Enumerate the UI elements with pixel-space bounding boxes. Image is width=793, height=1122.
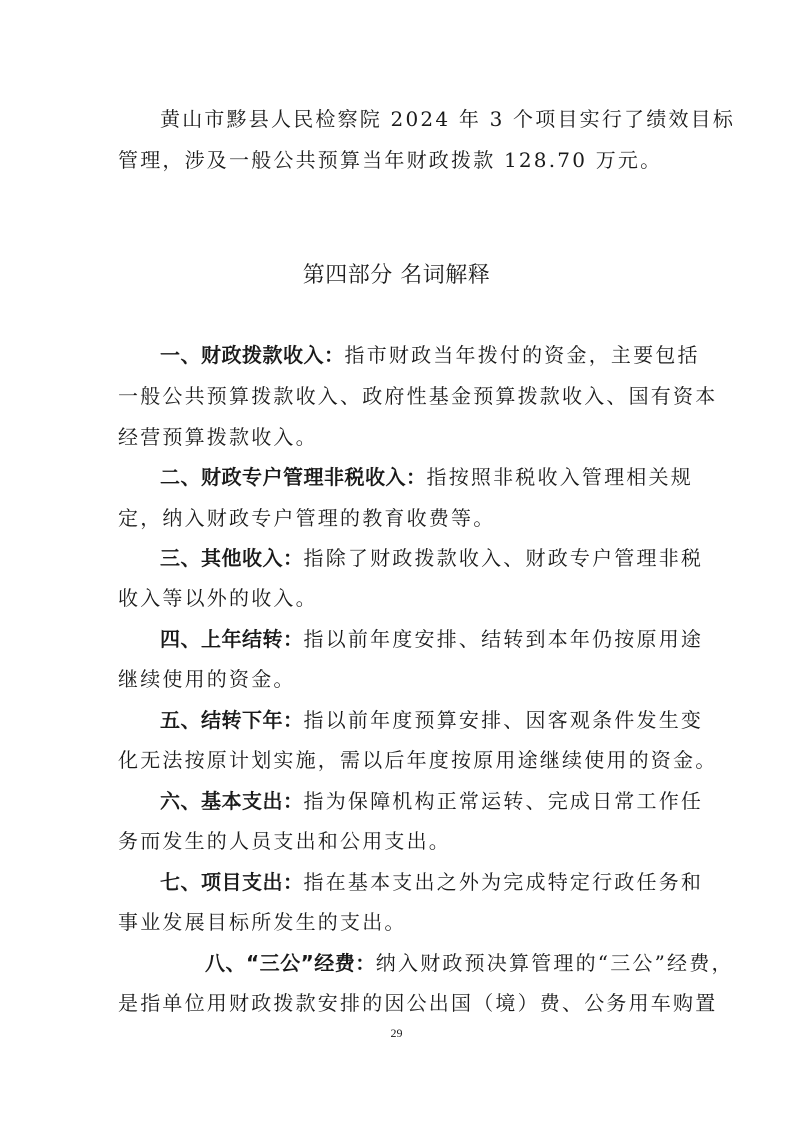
intro-line-1: 黄山市黟县人民检察院 2024 年 3 个项目实行了绩效目标 [160,106,698,132]
term-definition: 指按照非税收入管理相关规 [427,465,693,489]
term-6: 六、基本支出：指为保障机构正常运转、完成日常工作任 [160,788,698,814]
term-7: 七、项目支出：指在基本支出之外为完成特定行政任务和 [160,869,698,895]
term-definition: 指除了财政拨款收入、财政专户管理非税 [304,546,704,570]
term-7-line: 事业发展目标所发生的支出。 [118,909,698,935]
term-definition: 指为保障机构正常运转、完成日常工作任 [304,789,704,813]
document-page: 黄山市黟县人民检察院 2024 年 3 个项目实行了绩效目标 管理，涉及一般公共… [0,0,793,1122]
term-8-line: 是指单位用财政拨款安排的因公出国（境）费、公务用车购置 [118,990,698,1016]
term-5-line: 化无法按原计划实施，需以后年度按原用途继续使用的资金。 [118,747,698,773]
term-label: 五、结转下年： [160,708,304,732]
term-1: 一、财政拨款收入：指市财政当年拨付的资金，主要包括 [160,342,698,368]
term-label: 一、财政拨款收入： [160,343,345,367]
term-label: 六、基本支出： [160,789,304,813]
term-3-line: 收入等以外的收入。 [118,585,698,611]
term-6-line: 务而发生的人员支出和公用支出。 [118,828,698,854]
term-definition: 指以前年度安排、结转到本年仍按原用途 [304,627,704,651]
page-number: 29 [0,1026,793,1041]
term-5: 五、结转下年：指以前年度预算安排、因客观条件发生变 [160,707,698,733]
intro-line-2: 管理，涉及一般公共预算当年财政拨款 128.70 万元。 [118,147,698,173]
term-label: 二、财政专户管理非税收入： [160,465,427,489]
term-definition: 指在基本支出之外为完成特定行政任务和 [304,870,704,894]
term-definition: 纳入财政预决算管理的“三公”经费， [376,951,734,975]
term-2: 二、财政专户管理非税收入：指按照非税收入管理相关规 [160,464,698,490]
term-definition: 指市财政当年拨付的资金，主要包括 [345,343,700,367]
term-8: 八、“三公”经费：纳入财政预决算管理的“三公”经费， [205,950,698,976]
term-1-line: 一般公共预算拨款收入、政府性基金预算拨款收入、国有资本 [118,383,698,409]
term-definition: 指以前年度预算安排、因客观条件发生变 [304,708,704,732]
term-label: 七、项目支出： [160,870,304,894]
term-label: 四、上年结转： [160,627,304,651]
term-3: 三、其他收入：指除了财政拨款收入、财政专户管理非税 [160,545,698,571]
section-title: 第四部分 名词解释 [0,261,793,291]
term-2-line: 定，纳入财政专户管理的教育收费等。 [118,505,698,531]
term-4-line: 继续使用的资金。 [118,666,698,692]
term-4: 四、上年结转：指以前年度安排、结转到本年仍按原用途 [160,626,698,652]
term-label: 八、“三公”经费： [205,951,376,975]
term-label: 三、其他收入： [160,546,304,570]
term-1-line: 经营预算拨款收入。 [118,424,698,450]
